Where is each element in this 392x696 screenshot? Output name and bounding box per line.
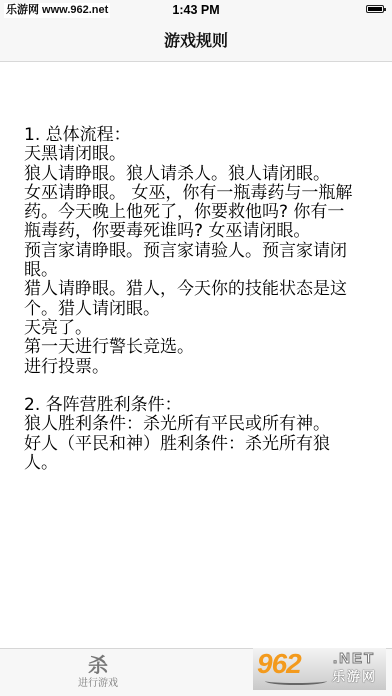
watermark-logo: 962 .NET 乐游网 (253, 648, 386, 690)
kill-icon: 杀 (0, 653, 196, 677)
status-bar: 乐游网 www.962.net 1:43 PM (0, 0, 392, 20)
rule-line: 天黑请闭眼。 (24, 145, 358, 164)
battery-full-icon (366, 5, 384, 13)
rule-line: 预言家请睁眼。预言家请验人。预言家请闭眼。 (24, 242, 358, 281)
rule-line: 狼人请睁眼。狼人请杀人。狼人请闭眼。 (24, 165, 358, 184)
section-heading: 2. 各阵营胜利条件： (24, 396, 358, 415)
status-time: 1:43 PM (0, 2, 392, 18)
rule-line: 狼人胜利条件：杀光所有平民或所有神。 (24, 415, 358, 434)
logo-domain: .NET (333, 650, 375, 668)
rule-line: 第一天进行警长竞选。 (24, 338, 358, 357)
rule-line: 女巫请睁眼。 女巫，你有一瓶毒药与一瓶解药。今天晚上他死了，你要救他吗? 你有一… (24, 184, 358, 242)
swoosh-icon (265, 677, 327, 685)
navigation-bar: 游戏规则 (0, 20, 392, 62)
tab-label: 进行游戏 (0, 677, 196, 691)
rule-line: 好人（平民和神）胜利条件：杀光所有狼人。 (24, 435, 358, 474)
section-heading: 1. 总体流程： (24, 126, 358, 145)
rule-line: 天亮了。 (24, 319, 358, 338)
logo-cn-text: 乐游网 (332, 669, 377, 686)
page-title: 游戏规则 (0, 31, 392, 51)
logo-number: 962 (257, 649, 301, 679)
rule-line: 进行投票。 (24, 358, 358, 377)
tab-play-game[interactable]: 杀 进行游戏 (0, 649, 196, 696)
rule-line: 猎人请睁眼。猎人，今天你的技能状态是这个。猎人请闭眼。 (24, 280, 358, 319)
rules-content: 1. 总体流程： 天黑请闭眼。 狼人请睁眼。狼人请杀人。狼人请闭眼。 女巫请睁眼… (24, 126, 358, 473)
